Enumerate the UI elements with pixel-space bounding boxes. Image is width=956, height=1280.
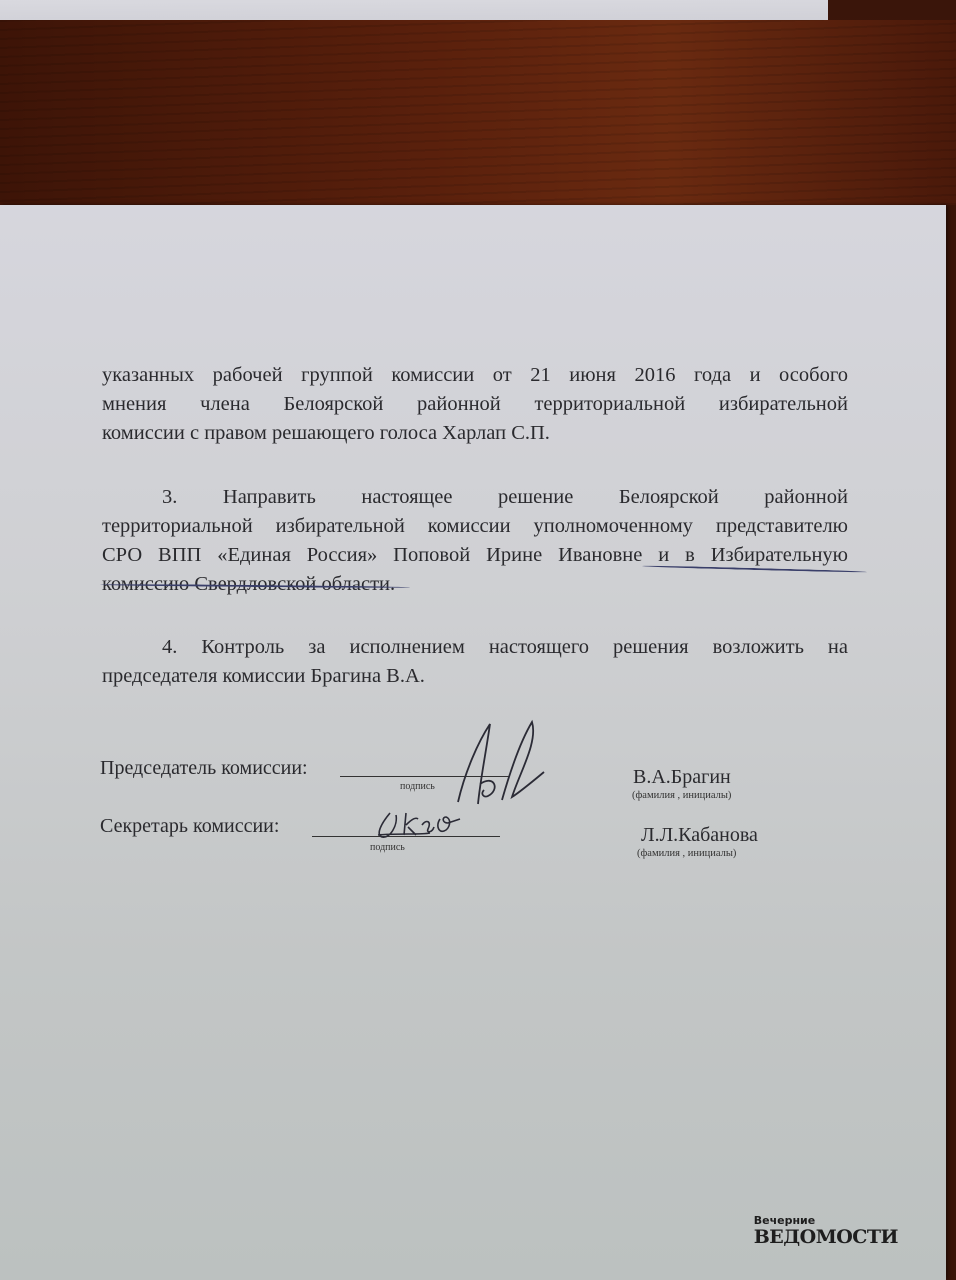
text-line: мнения члена Белоярской районной террито… xyxy=(102,390,848,419)
watermark-line-2: ВЕДОМОСТИ xyxy=(754,1227,898,1247)
item-3-paragraph: 3. Направить настоящее решение Белоярско… xyxy=(102,483,848,599)
text-line: СРО ВПП «Единая Россия» Поповой Ирине Ив… xyxy=(102,541,848,570)
publisher-watermark-logo: Вечерние ВЕДОМОСТИ xyxy=(754,1215,898,1247)
chairman-signature-icon xyxy=(440,712,550,812)
wooden-table-surface xyxy=(0,20,956,215)
text-line: указанных рабочей группой комиссии от 21… xyxy=(102,361,848,390)
text-line: 3. Направить настоящее решение Белоярско… xyxy=(102,483,848,512)
secretary-name-hint: (фамилия , инициалы) xyxy=(637,848,736,859)
paragraph-continuation: указанных рабочей группой комиссии от 21… xyxy=(102,361,848,448)
text-line: 4. Контроль за исполнением настоящего ре… xyxy=(102,633,848,662)
secretary-signature-icon xyxy=(370,805,480,845)
secretary-role-label: Секретарь комиссии: xyxy=(100,815,279,838)
table-edge-right xyxy=(946,205,956,1280)
text-line: территориальной избирательной комиссии у… xyxy=(102,512,848,541)
chairman-name: В.А.Брагин xyxy=(633,766,731,789)
text-line: председателя комиссии Брагина В.А. xyxy=(102,662,848,691)
chairman-name-hint: (фамилия , инициалы) xyxy=(632,790,731,801)
item-4-paragraph: 4. Контроль за исполнением настоящего ре… xyxy=(102,633,848,691)
secretary-name: Л.Л.Кабанова xyxy=(641,824,758,847)
chairman-role-label: Председатель комиссии: xyxy=(100,757,308,780)
text-line: комиссии с правом решающего голоса Харла… xyxy=(102,419,848,448)
chairman-signature-caption: подпись xyxy=(400,781,435,792)
